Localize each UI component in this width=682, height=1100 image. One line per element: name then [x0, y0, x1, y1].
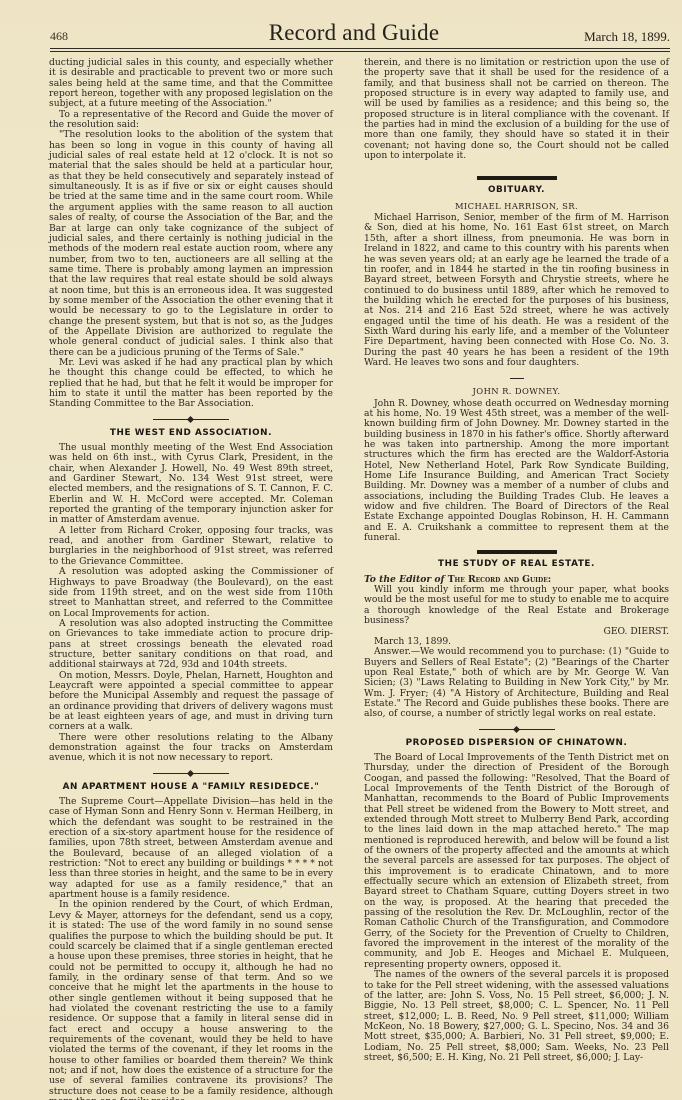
section-divider	[479, 726, 555, 734]
article-paragraph: A letter from Richard Croker, opposing f…	[49, 526, 333, 567]
obituary-heading: OBITUARY.	[364, 185, 669, 195]
left-column: ducting judicial sales in this county, a…	[49, 58, 333, 1100]
article-paragraph: "The resolution looks to the abolition o…	[49, 130, 333, 358]
article-paragraph: There were other resolutions relating to…	[49, 733, 333, 764]
west-end-heading: THE WEST END ASSOCIATION.	[49, 428, 333, 438]
issue-date: March 18, 1899.	[584, 29, 670, 45]
article-paragraph: In the opinion rendered by the Court, of…	[49, 900, 333, 1100]
letter-body: Will you kindly inform me through your p…	[364, 584, 669, 626]
obituary-text-harrison: Michael Harrison, Senior, member of the …	[364, 213, 669, 368]
salutation-publication: The Record and Guide:	[448, 574, 551, 585]
study-heading: THE STUDY OF REAL ESTATE.	[364, 559, 669, 569]
article-paragraph: The names of the owners of the several p…	[364, 970, 669, 1063]
masthead: 468 Record and Guide March 18, 1899.	[38, 20, 670, 46]
section-divider	[477, 549, 557, 555]
right-column: therein, and there is no limitation or r…	[364, 58, 669, 1063]
section-divider	[477, 175, 557, 181]
article-paragraph: A resolution was also adopted instructin…	[49, 619, 333, 671]
short-divider	[510, 374, 524, 382]
article-continuation: therein, and there is no limitation or r…	[364, 58, 669, 161]
article-paragraph: The Supreme Court—Appellate Division—has…	[49, 797, 333, 900]
publication-title: Record and Guide	[38, 20, 670, 46]
article-paragraph: The usual monthly meeting of the West En…	[49, 443, 333, 526]
newspaper-page: 468 Record and Guide March 18, 1899. duc…	[0, 0, 682, 1100]
chinatown-heading: PROPOSED DISPERSION OF CHINATOWN.	[364, 738, 669, 748]
article-continuation: ducting judicial sales in this county, a…	[49, 58, 333, 110]
article-paragraph: Mr. Levi was asked if he had any practic…	[49, 358, 333, 410]
article-paragraph: The Board of Local Improvements of the T…	[364, 753, 669, 970]
letter-text: Will you kindly inform me through your p…	[364, 585, 669, 637]
apartment-heading: AN APARTMENT HOUSE A "FAMILY RESIDEDCE."	[49, 782, 333, 792]
obituary-name-harrison: MICHAEL HARRISON, SR.	[364, 201, 669, 211]
obituary-text-downey: John R. Downey, whose death occurred on …	[364, 399, 669, 544]
salutation-prefix: To the Editor of	[364, 574, 448, 585]
article-paragraph: To a representative of the Record and Gu…	[49, 110, 333, 131]
article-paragraph: On motion, Messrs. Doyle, Phelan, Harnet…	[49, 671, 333, 733]
article-paragraph: A resolution was adopted asking the Comm…	[49, 567, 333, 619]
masthead-rule	[50, 48, 670, 52]
obituary-name-downey: JOHN R. DOWNEY.	[364, 386, 669, 396]
letter-answer: Answer.—We would recommend you to purcha…	[364, 647, 669, 719]
section-divider	[153, 770, 229, 778]
section-divider	[153, 416, 229, 424]
